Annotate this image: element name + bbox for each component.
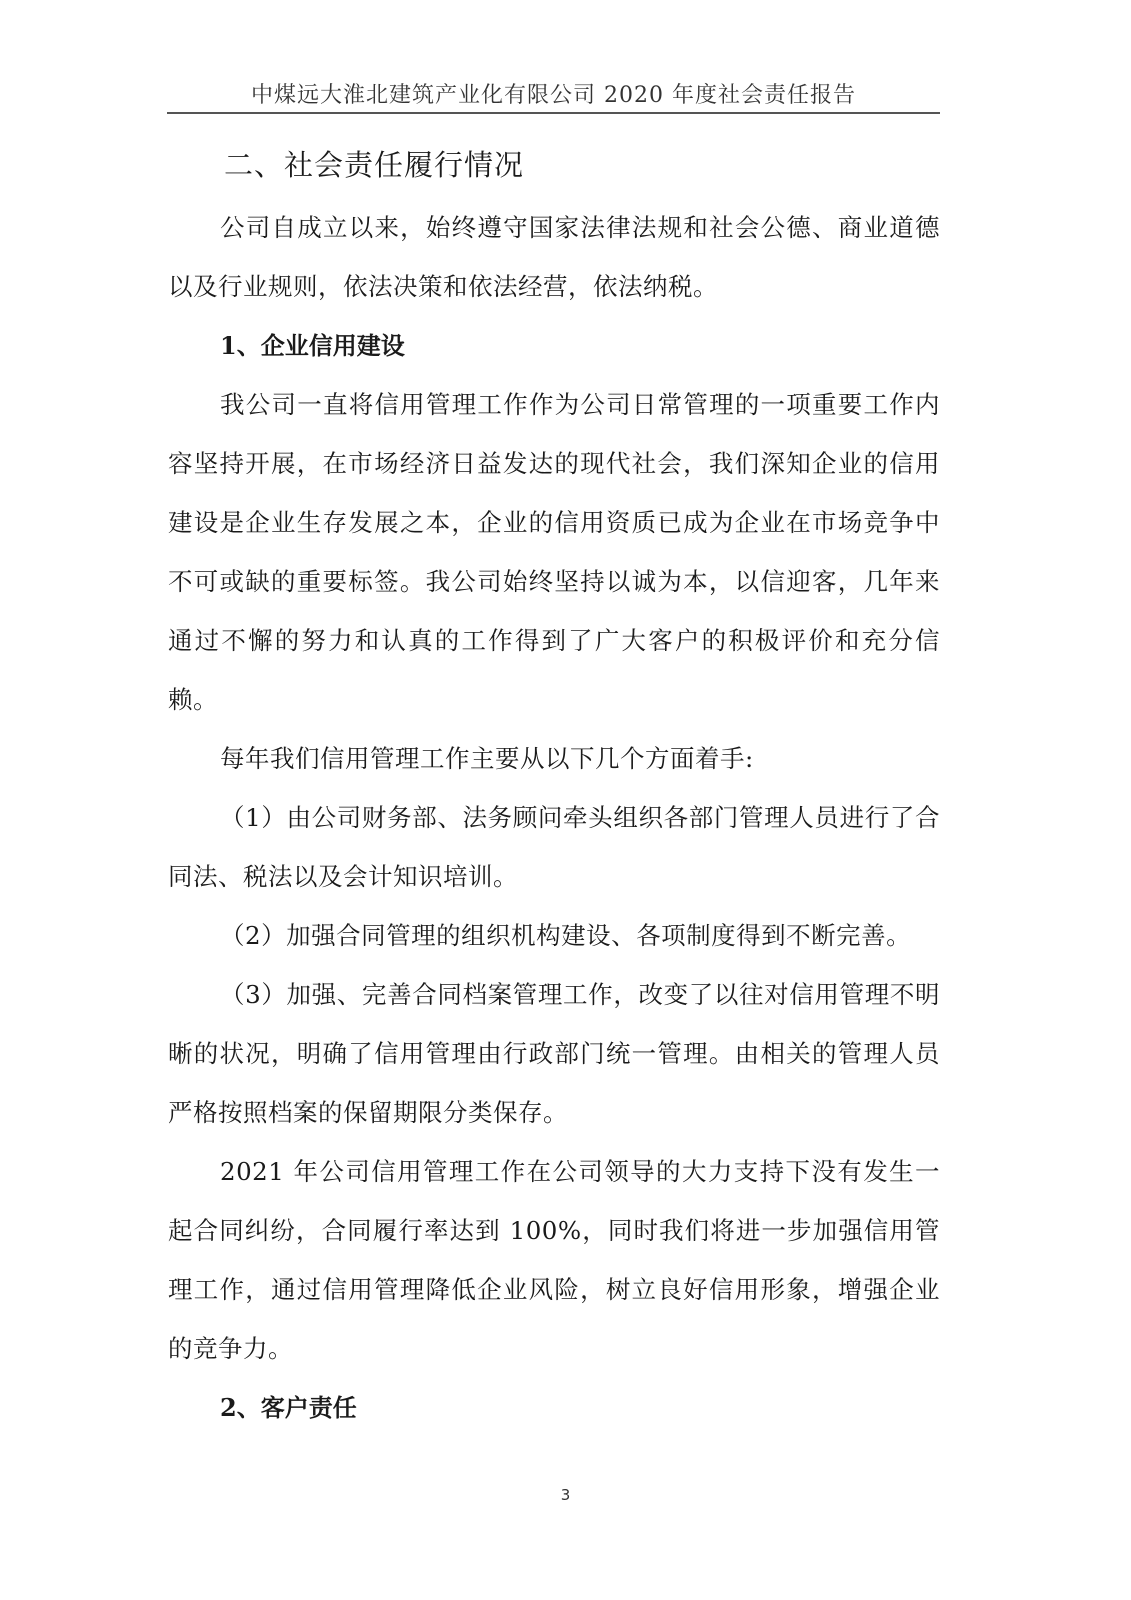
list-item-organization: （2）加强合同管理的组织机构建设、各项制度得到不断完善。 <box>168 906 940 965</box>
section-intro-paragraph: 公司自成立以来，始终遵守国家法律法规和社会公德、商业道德以及行业规则，依法决策和… <box>168 198 940 316</box>
paragraph-credit-aspects-intro: 每年我们信用管理工作主要从以下几个方面着手: <box>168 729 940 788</box>
header-divider <box>167 112 940 114</box>
subsection-title-credit: 1、企业信用建设 <box>168 316 940 375</box>
paragraph-credit-2021: 2021 年公司信用管理工作在公司领导的大力支持下没有发生一起合同纠纷，合同履行… <box>168 1142 940 1378</box>
page-number: 3 <box>0 1486 1131 1504</box>
running-header: 中煤远大淮北建筑产业化有限公司 2020 年度社会责任报告 <box>167 78 940 109</box>
list-item-training: （1）由公司财务部、法务顾问牵头组织各部门管理人员进行了合同法、税法以及会计知识… <box>168 788 940 906</box>
subsection-title-customer: 2、客户责任 <box>168 1378 940 1437</box>
section-title: 二、社会责任履行情况 <box>168 140 940 190</box>
list-item-archives: （3）加强、完善合同档案管理工作，改变了以往对信用管理不明晰的状况，明确了信用管… <box>168 965 940 1142</box>
page-body: 二、社会责任履行情况 公司自成立以来，始终遵守国家法律法规和社会公德、商业道德以… <box>168 140 940 1437</box>
paragraph-credit-overview: 我公司一直将信用管理工作作为公司日常管理的一项重要工作内容坚持开展，在市场经济日… <box>168 375 940 729</box>
